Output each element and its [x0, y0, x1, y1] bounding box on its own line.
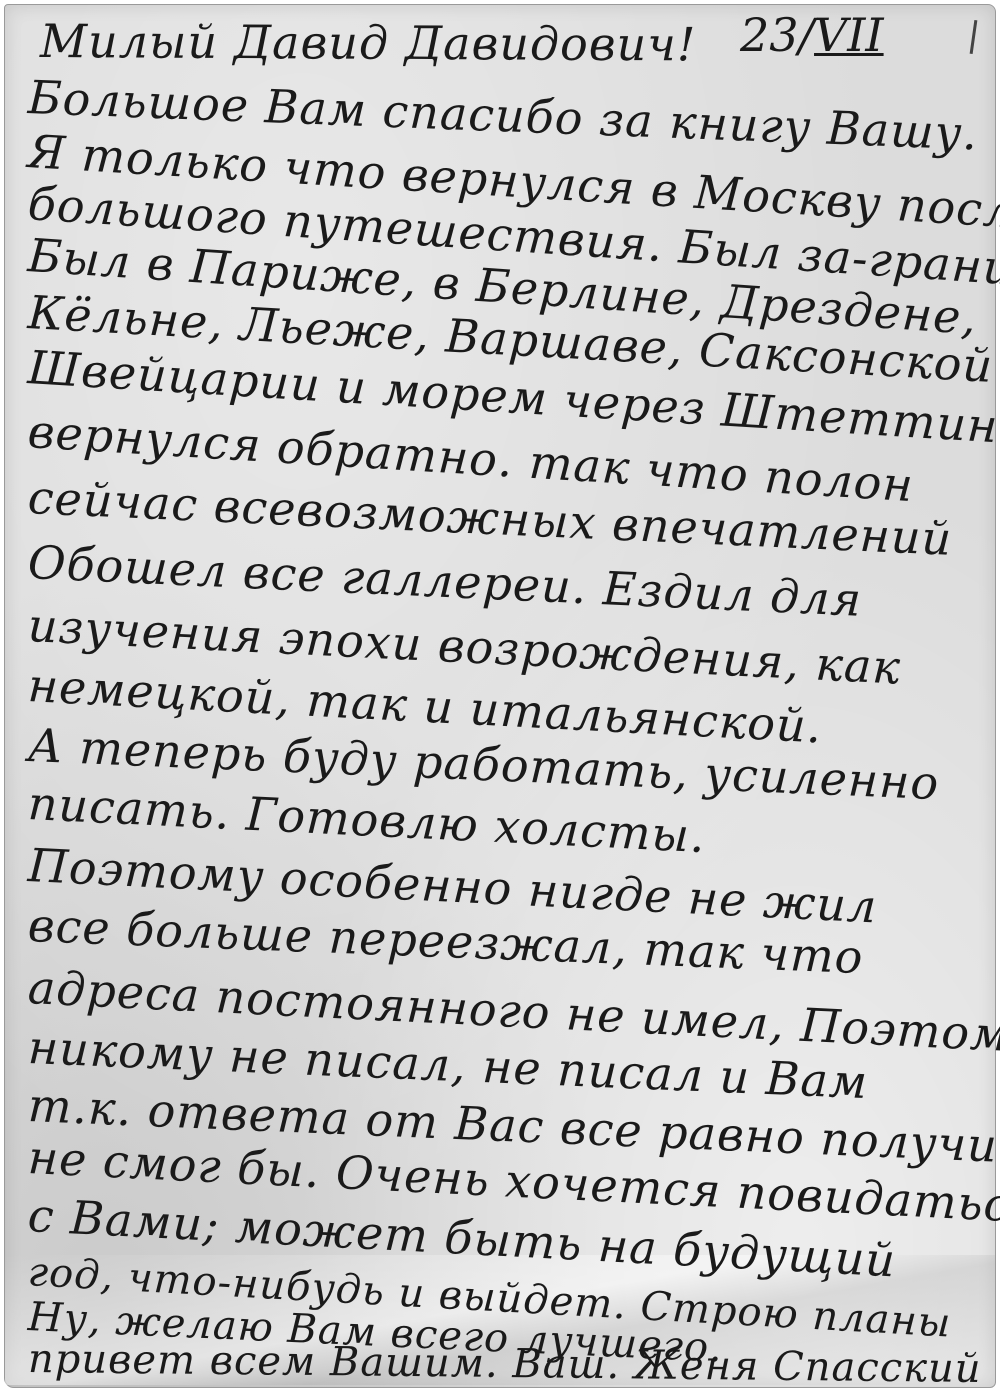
date-month: VII	[814, 8, 884, 62]
date-day: 23/	[740, 8, 814, 62]
letter-date: 23/VII	[740, 8, 884, 62]
letter-signature-line: привет всем Вашим. Ваш. Женя Спасский	[28, 1332, 982, 1392]
letter-greeting: Милый Давид Давидович!	[40, 14, 697, 71]
